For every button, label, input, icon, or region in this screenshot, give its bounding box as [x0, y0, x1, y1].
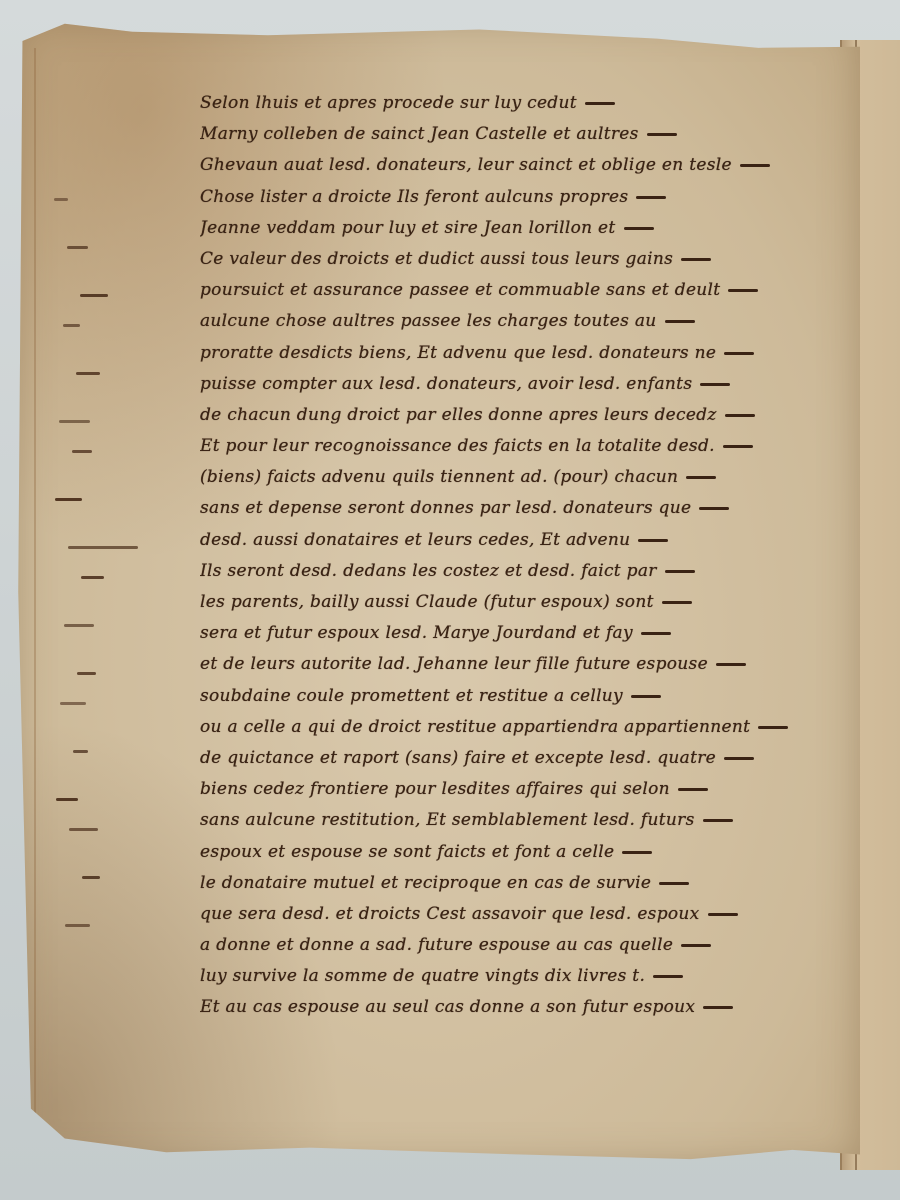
- text-line: sans aulcune restitution, Et semblableme…: [200, 805, 840, 836]
- margin-mark: [63, 324, 80, 327]
- text-line: Et au cas espouse au seul cas donne a so…: [200, 992, 840, 1023]
- text-line: aulcune chose aultres passee les charges…: [200, 306, 840, 337]
- text-line: sera et futur espoux lesd. Marye Jourdan…: [200, 618, 840, 649]
- text-line: les parents, bailly aussi Claude (futur …: [200, 587, 840, 618]
- text-line: de quictance et raport (sans) faire et e…: [200, 743, 840, 774]
- margin-mark: [82, 876, 100, 879]
- margin-mark: [80, 294, 108, 297]
- text-line: de chacun dung droict par elles donne ap…: [200, 400, 840, 431]
- text-line: a donne et donne a sad. future espouse a…: [200, 930, 840, 961]
- text-line: luy survive la somme de quatre vingts di…: [200, 961, 840, 992]
- text-line: ou a celle a qui de droict restitue appa…: [200, 712, 840, 743]
- margin-mark: [77, 672, 96, 675]
- text-line: puisse compter aux lesd. donateurs, avoi…: [200, 369, 840, 400]
- text-line: Et pour leur recognoissance des faicts e…: [200, 431, 840, 462]
- text-line: le donataire mutuel et reciproque en cas…: [200, 868, 840, 899]
- margin-mark: [76, 372, 100, 375]
- text-line: desd. aussi donataires et leurs cedes, E…: [200, 525, 840, 556]
- margin-mark: [73, 750, 88, 753]
- margin-mark: [59, 420, 90, 423]
- manuscript-text: Selon lhuis et apres procede sur luy ced…: [200, 88, 840, 1024]
- text-line: poursuict et assurance passee et commuab…: [200, 275, 840, 306]
- margin-mark: [56, 798, 78, 801]
- margin-mark: [81, 576, 104, 579]
- text-line: proratte desdicts biens, Et advenu que l…: [200, 338, 840, 369]
- text-line: et de leurs autorite lad. Jehanne leur f…: [200, 649, 840, 680]
- text-line: sans et depense seront donnes par lesd. …: [200, 493, 840, 524]
- margin-mark: [69, 828, 98, 831]
- text-line: soubdaine coule promettent et restitue a…: [200, 681, 840, 712]
- text-line: espoux et espouse se sont faicts et font…: [200, 837, 840, 868]
- text-line: Ils seront desd. dedans les costez et de…: [200, 556, 840, 587]
- text-line: Ce valeur des droicts et dudict aussi to…: [200, 244, 840, 275]
- margin-mark: [64, 624, 94, 627]
- margin-mark: [54, 198, 68, 201]
- margin-mark: [68, 546, 138, 549]
- text-line: biens cedez frontiere pour lesdites affa…: [200, 774, 840, 805]
- text-line: que sera desd. et droicts Cest assavoir …: [200, 899, 840, 930]
- text-line: Marny colleben de sainct Jean Castelle e…: [200, 119, 840, 150]
- text-line: Selon lhuis et apres procede sur luy ced…: [200, 88, 840, 119]
- margin-mark: [60, 702, 86, 705]
- text-line: Chose lister a droicte Ils feront aulcun…: [200, 182, 840, 213]
- margin-mark: [55, 498, 82, 501]
- margin-mark: [65, 924, 90, 927]
- margin-mark: [67, 246, 88, 249]
- margin-mark: [72, 450, 92, 453]
- text-line: (biens) faicts advenu quils tiennent ad.…: [200, 462, 840, 493]
- text-line: Jeanne veddam pour luy et sire Jean lori…: [200, 213, 840, 244]
- text-line: Ghevaun auat lesd. donateurs, leur sainc…: [200, 150, 840, 181]
